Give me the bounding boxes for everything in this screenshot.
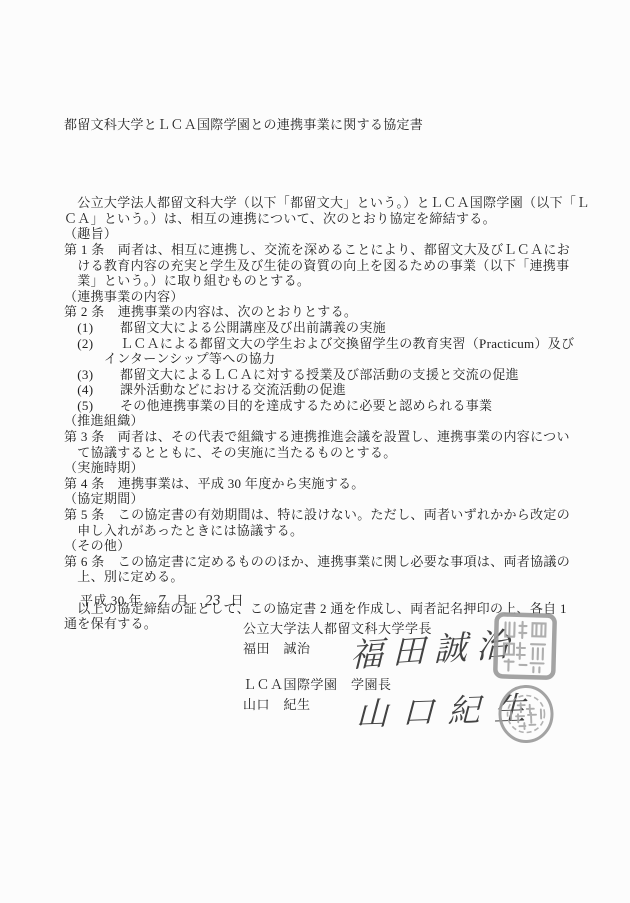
date-day-value: 23: [204, 593, 221, 611]
document-title: 都留文科大学とＬＣＡ国際学園との連携事業に関する協定書: [64, 117, 576, 133]
document-line: 第 4 条 連携事業は、平成 30 年度から実施する。: [64, 476, 576, 492]
document-line: (4) 課外活動などにおける交流活動の促進: [64, 382, 576, 398]
date-month-value: 7: [157, 593, 166, 610]
round-seal-stamp: [496, 682, 556, 746]
document-line: 第 1 条 両者は、相互に連携し、交流を深めることにより、都留文大及びＬＣＡにお: [64, 242, 576, 258]
document-line: 公立大学法人都留文科大学（以下「都留文大」という。）とＬＣＡ国際学園（以下「Ｌ: [64, 195, 576, 211]
document-line: （実施時期）: [64, 460, 576, 476]
document-line: (5) その他連携事業の目的を達成するために必要と認められる事業: [64, 398, 576, 414]
document-line: ける教育内容の充実と学生及び生徒の資質の向上を図るための事業（以下「連携事: [64, 258, 576, 274]
document-line: 上、別に定める。: [64, 569, 576, 585]
document-line: ＣＡ」という。）は、相互の連携について、次のとおり協定を締結する。: [64, 211, 576, 227]
document-line: 第 6 条 この協定書に定めるもののほか、連携事業に関し必要な事項は、両者協議の: [64, 554, 576, 570]
document-line: （趣旨）: [64, 226, 576, 242]
document-line: 第 5 条 この協定書の有効期間は、特に設けない。ただし、両者いずれかから改定の: [64, 507, 576, 523]
date-line: 平成 30 年 7 月 23 日: [80, 590, 248, 610]
document-line: インターンシップ等への協力: [64, 351, 576, 367]
document-line: (1) 都留文大による公開講座及び出前講義の実施: [64, 320, 576, 336]
document-line: 第 3 条 両者は、その代表で組織する連携推進会議を設置し、連携事業の内容につい: [64, 429, 576, 445]
document-line: [64, 180, 576, 196]
document-line: （連携事業の内容）: [64, 289, 576, 305]
scanned-agreement-page: 都留文科大学とＬＣＡ国際学園との連携事業に関する協定書 公立大学法人都留文科大学…: [0, 0, 630, 903]
document-line: （その他）: [64, 538, 576, 554]
document-line: 申し入れがあったときには協議する。: [64, 523, 576, 539]
document-line: （推進組織）: [64, 413, 576, 429]
document-body: 都留文科大学とＬＣＡ国際学園との連携事業に関する協定書 公立大学法人都留文科大学…: [64, 86, 576, 632]
document-line: (2) ＬＣＡによる都留文大の学生および交換留学生の教育実習（Practicum…: [64, 336, 576, 352]
document-line: て協議するとともに、その実施に当たるものとする。: [64, 445, 576, 461]
date-era-year: 平成 30 年: [80, 593, 142, 608]
date-month-label: 月: [176, 593, 190, 608]
date-day-label: 日: [231, 593, 245, 608]
square-seal-stamp: [491, 610, 559, 682]
document-line: (3) 都留文大によるＬＣＡに対する授業及び部活動の支援と交流の促進: [64, 367, 576, 383]
document-line: （協定期間）: [64, 491, 576, 507]
document-line: 第 2 条 連携事業の内容は、次のとおりとする。: [64, 304, 576, 320]
document-line: 業」という。）に取り組むものとする。: [64, 273, 576, 289]
